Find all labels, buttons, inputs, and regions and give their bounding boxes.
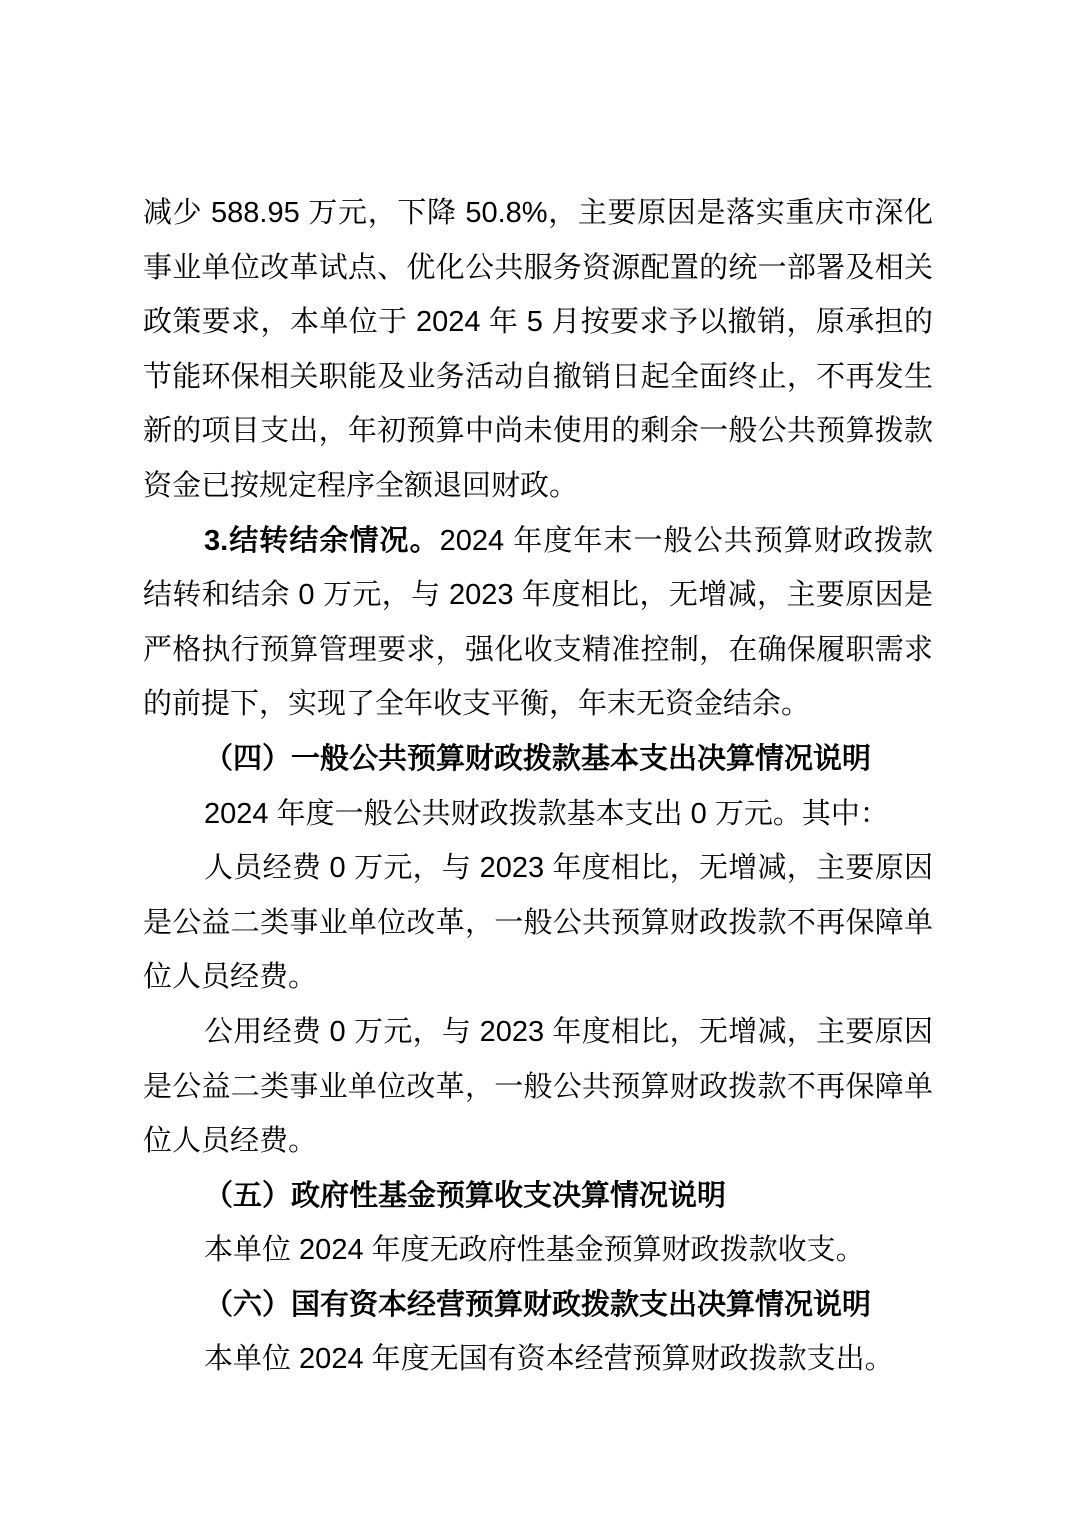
carryover-balance-lead: 3.结转结余情况。 [204, 525, 440, 557]
heading-section-six: （六）国有资本经营预算财政拨款支出决算情况说明 [143, 1278, 933, 1333]
heading-section-four: （四）一般公共预算财政拨款基本支出决算情况说明 [143, 732, 933, 787]
paragraph-government-fund: 本单位 2024 年度无政府性基金预算财政拨款收支。 [143, 1223, 933, 1278]
document-body: 减少 588.95 万元，下降 50.8%，主要原因是落实重庆市深化事业单位改革… [143, 186, 933, 1387]
document-page: 减少 588.95 万元，下降 50.8%，主要原因是落实重庆市深化事业单位改革… [0, 0, 1074, 1520]
paragraph-public-funds: 公用经费 0 万元，与 2023 年度相比，无增减，主要原因是公益二类事业单位改… [143, 1005, 933, 1169]
paragraph-personnel-funds: 人员经费 0 万元，与 2023 年度相比，无增减，主要原因是公益二类事业单位改… [143, 841, 933, 1005]
paragraph-state-capital: 本单位 2024 年度无国有资本经营预算财政拨款支出。 [143, 1332, 933, 1387]
paragraph-budget-reduction-continuation: 减少 588.95 万元，下降 50.8%，主要原因是落实重庆市深化事业单位改革… [143, 186, 933, 514]
paragraph-carryover-balance: 3.结转结余情况。2024 年度年末一般公共预算财政拨款结转和结余 0 万元，与… [143, 514, 933, 732]
heading-section-five: （五）政府性基金预算收支决算情况说明 [143, 1169, 933, 1224]
paragraph-basic-expenditure: 2024 年度一般公共财政拨款基本支出 0 万元。其中： [143, 787, 933, 842]
